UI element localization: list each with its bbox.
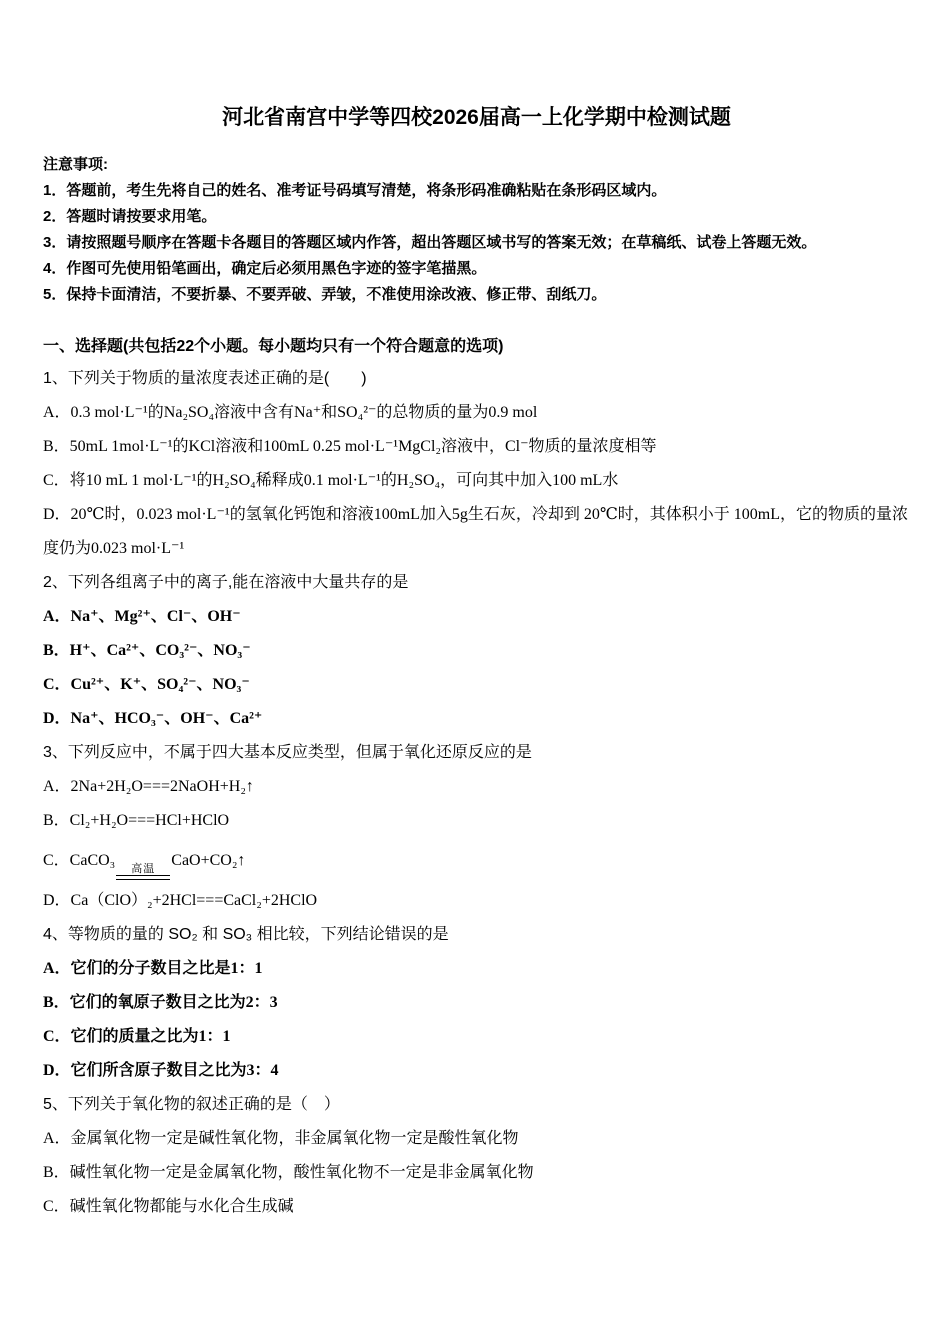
notice-item-1: 1．答题前，考生先将自己的姓名、准考证号码填写清楚，将条形码准确粘贴在条形码区域… <box>43 178 910 204</box>
question-4: 4、等物质的量的 SO₂ 和 SO₃ 相比较，下列结论错误的是 A．它们的分子数… <box>43 918 910 1088</box>
notice-heading: 注意事项: <box>43 152 910 178</box>
notice-item-5: 5．保持卡面清洁，不要折暴、不要弄破、弄皱，不准使用涂改液、修正带、刮纸刀。 <box>43 282 910 308</box>
reaction-left-formula: C．CaCO₃ <box>43 852 115 869</box>
question-1-option-d: D．20℃时，0.023 mol·L⁻¹的氢氧化钙饱和溶液100mL加入5g生石… <box>43 498 910 566</box>
question-5-stem: 5、下列关于氧化物的叙述正确的是（ ） <box>43 1088 910 1122</box>
notice-item-4: 4．作图可先使用铅笔画出，确定后必须用黑色字迹的签字笔描黑。 <box>43 256 910 282</box>
question-4-option-d: D．它们所含原子数目之比为3：4 <box>43 1054 910 1088</box>
question-5: 5、下列关于氧化物的叙述正确的是（ ） A．金属氧化物一定是碱性氧化物，非金属氧… <box>43 1088 910 1224</box>
notice-item-3: 3．请按照题号顺序在答题卡各题目的答题区域内作答，超出答题区域书写的答案无效；在… <box>43 230 910 256</box>
question-1-option-c: C．将10 mL 1 mol·L⁻¹的H₂SO₄稀释成0.1 mol·L⁻¹的H… <box>43 464 910 498</box>
reaction-condition: 高温 <box>116 863 170 880</box>
question-3-option-b: B．Cl₂+H₂O===HCl+HClO <box>43 804 910 838</box>
reaction-right-formula: CaO+CO₂↑ <box>171 852 245 869</box>
question-4-option-a: A．它们的分子数目之比是1：1 <box>43 952 910 986</box>
question-3-option-d: D．Ca（ClO）₂+2HCl===CaCl₂+2HClO <box>43 884 910 918</box>
question-5-option-a: A．金属氧化物一定是碱性氧化物，非金属氧化物一定是酸性氧化物 <box>43 1122 910 1156</box>
question-2-option-d: D．Na⁺、HCO₃⁻、OH⁻、Ca²⁺ <box>43 702 910 736</box>
notice-item-2: 2．答题时请按要求用笔。 <box>43 204 910 230</box>
question-4-option-c: C．它们的质量之比为1：1 <box>43 1020 910 1054</box>
double-line-equals <box>116 875 170 880</box>
question-3: 3、下列反应中，不属于四大基本反应类型，但属于氧化还原反应的是 A．2Na+2H… <box>43 736 910 918</box>
question-2: 2、下列各组离子中的离子,能在溶液中大量共存的是 A．Na⁺、Mg²⁺、Cl⁻、… <box>43 566 910 736</box>
question-2-option-a: A．Na⁺、Mg²⁺、Cl⁻、OH⁻ <box>43 600 910 634</box>
question-1-option-a: A．0.3 mol·L⁻¹的Na₂SO₄溶液中含有Na⁺和SO₄²⁻的总物质的量… <box>43 396 910 430</box>
exam-paper-page: 河北省南宫中学等四校2026届高一上化学期中检测试题 注意事项: 1．答题前，考… <box>0 0 950 1344</box>
question-2-option-c: C．Cu²⁺、K⁺、SO₄²⁻、NO₃⁻ <box>43 668 910 702</box>
question-3-stem: 3、下列反应中，不属于四大基本反应类型，但属于氧化还原反应的是 <box>43 736 910 770</box>
reaction-condition-text: 高温 <box>131 863 155 875</box>
question-3-option-c: C．CaCO₃高温CaO+CO₂↑ <box>43 838 910 884</box>
question-5-option-b: B．碱性氧化物一定是金属氧化物，酸性氧化物不一定是非金属氧化物 <box>43 1156 910 1190</box>
question-1-option-b: B．50mL 1mol·L⁻¹的KCl溶液和100mL 0.25 mol·L⁻¹… <box>43 430 910 464</box>
question-5-option-c: C．碱性氧化物都能与水化合生成碱 <box>43 1190 910 1224</box>
question-2-stem: 2、下列各组离子中的离子,能在溶液中大量共存的是 <box>43 566 910 600</box>
notice-section: 注意事项: 1．答题前，考生先将自己的姓名、准考证号码填写清楚，将条形码准确粘贴… <box>43 152 910 308</box>
exam-title: 河北省南宫中学等四校2026届高一上化学期中检测试题 <box>43 104 910 132</box>
question-1-stem: 1、下列关于物质的量浓度表述正确的是( ) <box>43 362 910 396</box>
question-4-option-b: B．它们的氧原子数目之比为2：3 <box>43 986 910 1020</box>
question-1: 1、下列关于物质的量浓度表述正确的是( ) A．0.3 mol·L⁻¹的Na₂S… <box>43 362 910 566</box>
question-3-option-a: A．2Na+2H₂O===2NaOH+H₂↑ <box>43 770 910 804</box>
question-4-stem: 4、等物质的量的 SO₂ 和 SO₃ 相比较，下列结论错误的是 <box>43 918 910 952</box>
question-2-option-b: B．H⁺、Ca²⁺、CO₃²⁻、NO₃⁻ <box>43 634 910 668</box>
section-heading-multiple-choice: 一、选择题(共包括22个小题。每小题均只有一个符合题意的选项) <box>43 332 910 362</box>
